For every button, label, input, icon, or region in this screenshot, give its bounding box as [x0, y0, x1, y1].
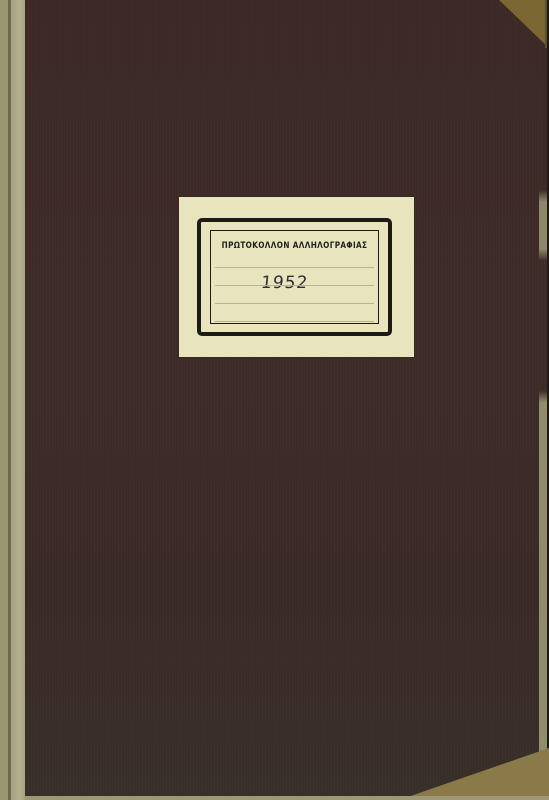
label-rule: [215, 267, 374, 268]
bottom-right-corner-wear: [399, 748, 549, 800]
label-inner-frame: ΠΡΩΤΟΚΟΛΛΟΝ ΑΛΛΗΛΟΓΡΑΦΙΑΣ 1952: [210, 230, 379, 324]
cover-label: ΠΡΩΤΟΚΟΛΛΟΝ ΑΛΛΗΛΟΓΡΑΦΙΑΣ 1952: [179, 197, 414, 357]
spine-edge: [0, 0, 8, 800]
spine-paper-strip: [11, 0, 26, 800]
label-year: 1952: [260, 273, 309, 293]
label-rule: [215, 285, 374, 286]
label-rule: [215, 303, 374, 304]
book-scan: ΠΡΩΤΟΚΟΛΛΟΝ ΑΛΛΗΛΟΓΡΑΦΙΑΣ 1952: [0, 0, 549, 800]
right-page-edges: [539, 190, 547, 780]
top-right-corner-binding: [499, 0, 549, 48]
label-title: ΠΡΩΤΟΚΟΛΛΟΝ ΑΛΛΗΛΟΓΡΑΦΙΑΣ: [219, 241, 369, 251]
bottom-page-edge: [25, 796, 549, 800]
label-rule: [215, 321, 374, 322]
label-frame: ΠΡΩΤΟΚΟΛΛΟΝ ΑΛΛΗΛΟΓΡΑΦΙΑΣ 1952: [197, 218, 392, 336]
book-cover: [25, 0, 549, 800]
